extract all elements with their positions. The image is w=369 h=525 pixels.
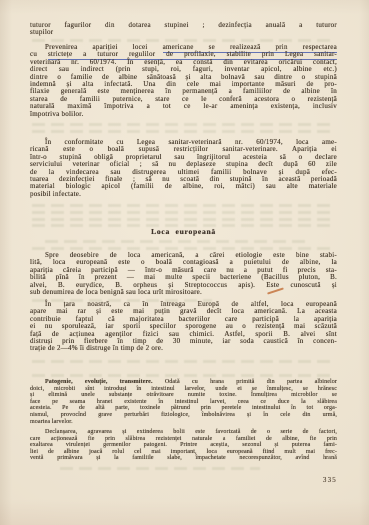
page-number: 335: [30, 476, 337, 484]
text-segment: Patogenie, evoluție, transmitere.: [45, 379, 153, 385]
text-segment: trație de 2—4% îi distruge în timp de 2 …: [30, 344, 163, 352]
text-segment: stupilor: [30, 28, 53, 36]
showthrough-mark: [45, 240, 307, 243]
text-segment: sub denumirea de loca benignă sau loca u…: [30, 288, 202, 296]
showthrough-mark: [32, 374, 332, 377]
text-segment: posibil infectate.: [30, 190, 81, 198]
text-segment: care acționează fie prin slăbirea rezist…: [30, 436, 337, 442]
text-line: Patogenie, evoluție, transmitere. Odată …: [30, 379, 337, 386]
showthrough-mark: [32, 218, 332, 221]
text-line: exaltarea virulenței germenilor patogeni…: [30, 442, 337, 449]
text-segment: nismul, provocînd grave perturbări fizio…: [30, 412, 337, 418]
text-segment: tuturor fagurilor din dotarea stupinei ;…: [30, 21, 337, 29]
text-segment: Declanșarea, agravarea și extinderea bol…: [45, 429, 337, 435]
text-segment: liei de albine joacă rolul cel mai impor…: [30, 449, 337, 455]
text-segment: și elimină unele substanțe otrăvitoare n…: [30, 392, 337, 398]
showthrough-mark: [32, 360, 332, 363]
text-line: și elimină unele substanțe otrăvitoare n…: [30, 392, 337, 399]
showthrough-mark: [32, 211, 332, 214]
text-segment: împotriva bolilor.: [30, 110, 84, 118]
para-loca-definition: Spre deosebire de loca americană, a căre…: [30, 252, 337, 296]
para-declansarea: Declanșarea, agravarea și extinderea bol…: [30, 429, 337, 462]
showthrough-mark: [32, 130, 332, 133]
showthrough-mark: [32, 39, 332, 42]
text-segment: ventă primăvara și la familiile slabe, î…: [30, 455, 337, 461]
text-line: acesteia. Pe de altă parte, toxinele păt…: [30, 405, 337, 412]
text-segment: acesteia. Pe de altă parte, toxinele păt…: [30, 405, 337, 411]
text-line: tuturor fagurilor din dotarea stupinei ;…: [30, 22, 337, 29]
text-line: ventă primăvara și la familiile slabe, î…: [30, 455, 337, 462]
text-segment: moartea larvelor.: [30, 419, 73, 425]
text-line: nismul, provocînd grave perturbări fizio…: [30, 412, 337, 419]
para-patogenie: Patogenie, evoluție, transmitere. Odată …: [30, 379, 337, 425]
text-line: sub denumirea de loca benignă sau loca u…: [30, 289, 337, 296]
text-line: trație de 2—4% îi distruge în timp de 2 …: [30, 345, 337, 352]
showthrough-mark: [32, 247, 332, 250]
text-line: posibil infectate.: [30, 191, 337, 198]
text-line: Declanșarea, agravarea și extinderea bol…: [30, 429, 337, 436]
text-line: moartea larvelor.: [30, 419, 337, 426]
book-page: tuturor fagurilor din dotarea stupinei ;…: [0, 0, 369, 525]
text-segment: doici, microbii sînt introduși în intest…: [30, 386, 337, 392]
section-heading: Loca europeană: [30, 227, 337, 236]
showthrough-mark: [32, 123, 332, 126]
para-intro-continuation: tuturor fagurilor din dotarea stupinei ;…: [30, 22, 337, 37]
text-segment: exaltarea virulenței germenilor patogeni…: [30, 442, 337, 448]
text-line: stupilor: [30, 29, 337, 36]
text-line: împotriva bolilor.: [30, 111, 337, 118]
text-segment: face pe seama hranei existente în intest…: [30, 399, 337, 405]
para-tara-noastra: În țara noastră, ca în întreaga Europă d…: [30, 301, 337, 353]
para-legal: În conformitate cu Legea sanitar-veterin…: [30, 139, 337, 198]
showthrough-mark: [32, 204, 332, 207]
text-segment: Odată cu hrana primită din partea albine…: [153, 379, 337, 385]
showthrough-mark: [60, 467, 260, 470]
para-prevention: Prevenirea apariției locei americane se …: [30, 44, 337, 118]
